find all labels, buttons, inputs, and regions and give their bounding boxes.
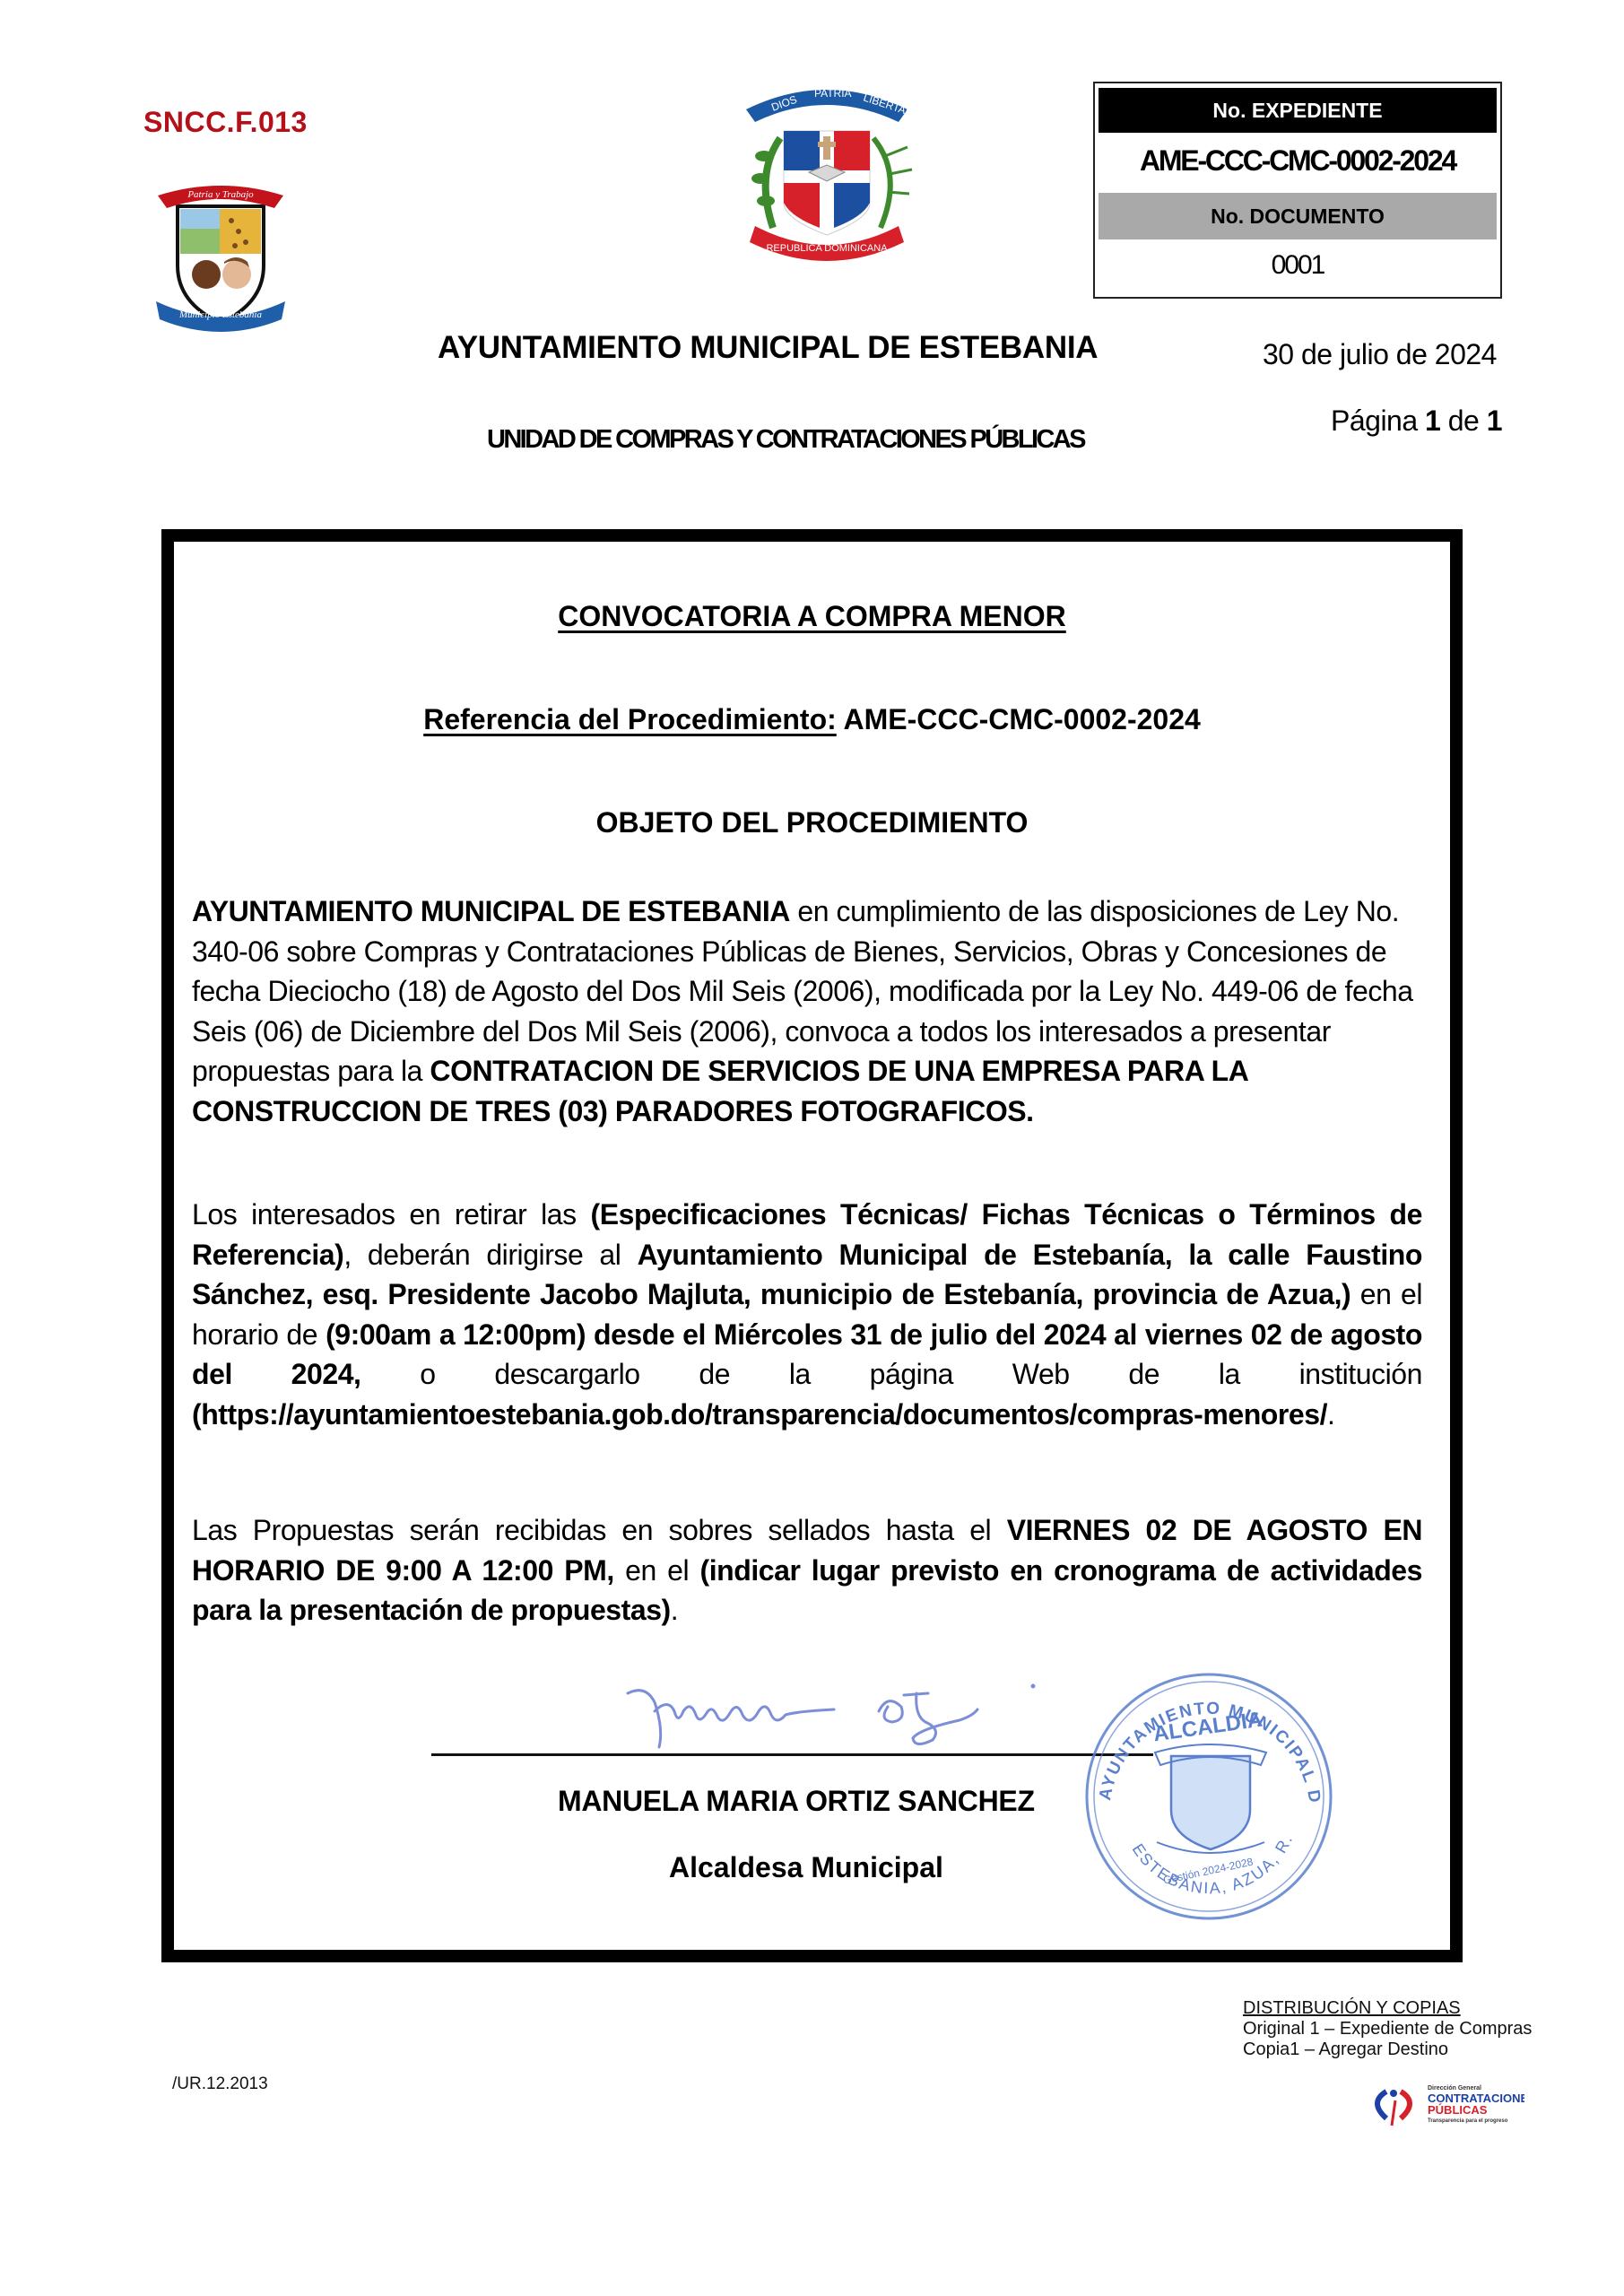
objeto-title: OBJETO DEL PROCEDIMIENTO [174,806,1450,839]
svg-text:Municipio Estebania: Municipio Estebania [178,309,262,320]
svg-text:PATRIA: PATRIA [814,87,852,100]
expediente-value: AME-CCC-CMC-0002-2024 [1095,139,1500,182]
paragraph-propuestas: Las Propuestas serán recibidas en sobres… [192,1510,1422,1631]
distribution-line: Original 1 – Expediente de Compras [1243,2019,1532,2039]
reference-label: Referencia del Procedimiento: [423,703,837,735]
expediente-label: No. EXPEDIENTE [1099,88,1497,133]
svg-text:Patria y Trabajo: Patria y Trabajo [187,189,254,200]
svg-text:PÚBLICAS: PÚBLICAS [1428,2103,1488,2117]
handwritten-signature [619,1675,1085,1756]
expediente-box: No. EXPEDIENTE AME-CCC-CMC-0002-2024 No.… [1093,82,1502,299]
page-indicator: Página 1 de 1 [1331,404,1502,438]
svg-text:Transparencia para el progreso: Transparencia para el progreso [1428,2118,1508,2124]
ur-code: /UR.12.2013 [172,2074,268,2094]
distribution-block: DISTRIBUCIÓN Y COPIAS Original 1 – Exped… [1243,1998,1532,2060]
official-stamp-icon: AYUNTAMIENTO MUNICIPAL DE ESTEBANIA ALCA… [1074,1666,1343,1926]
document-date: 30 de julio de 2024 [1263,338,1497,371]
reference-value: AME-CCC-CMC-0002-2024 [837,703,1201,735]
distribution-line: Copia1 – Agregar Destino [1243,2039,1532,2060]
unit-title: UNIDAD DE COMPRAS Y CONTRATACIONES PÚBLI… [487,425,1084,455]
documento-value: 0001 [1095,243,1500,288]
paragraph-objeto: AYUNTAMIENTO MUNICIPAL DE ESTEBANIA en c… [192,891,1422,1131]
procedure-reference: Referencia del Procedimiento: AME-CCC-CM… [174,703,1450,736]
signer-role: Alcaldesa Municipal [669,1851,943,1884]
form-code: SNCC.F.013 [143,106,308,139]
dominican-republic-coat-of-arms-icon: DIOS PATRIA LIBERTAD REPUBLICA DOMINICAN… [728,75,925,265]
organization-title: AYUNTAMIENTO MUNICIPAL DE ESTEBANIA [438,330,1098,366]
paragraph-retiro: Los interesados en retirar las (Especifi… [192,1195,1422,1434]
signer-name: MANUELA MARIA ORTIZ SANCHEZ [558,1785,1035,1818]
announcement-title: CONVOCATORIA A COMPRA MENOR [174,600,1450,633]
documento-label: No. DOCUMENTO [1099,193,1497,239]
institution-url: (https://ayuntamientoestebania.gob.do/tr… [192,1398,1327,1431]
distribution-title: DISTRIBUCIÓN Y COPIAS [1243,1998,1532,2019]
signature-line [431,1753,1153,1756]
dgcp-logo-icon: Dirección General CONTRATACIONES PÚBLICA… [1363,2079,1524,2133]
municipal-coat-of-arms-icon: Patria y Trabajo Municipio Estebania [151,169,291,334]
svg-text:Dirección General: Dirección General [1428,2085,1481,2092]
svg-text:REPUBLICA DOMINICANA: REPUBLICA DOMINICANA [766,243,888,254]
